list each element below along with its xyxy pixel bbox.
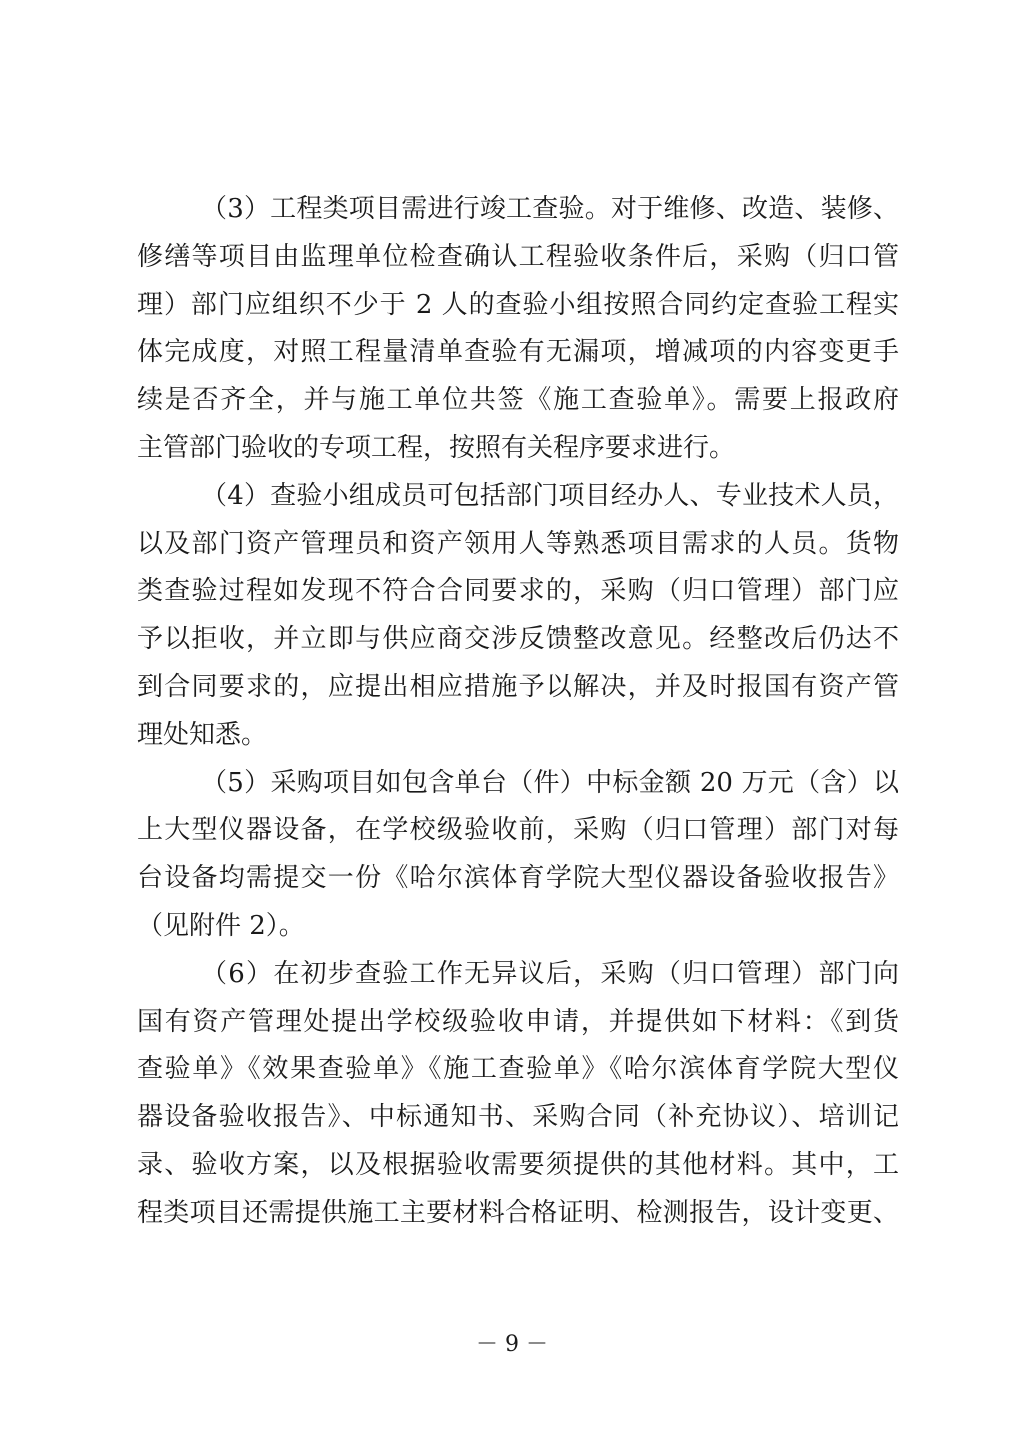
text-line: 国有资产管理处提出学校级验收申请，并提供如下材料：《到货 <box>137 999 899 1047</box>
text-line: 器设备验收报告》、中标通知书、采购合同（补充协议）、培训记 <box>137 1094 899 1142</box>
text-line: 上大型仪器设备，在学校级验收前，采购（归口管理）部门对每 <box>137 807 899 855</box>
text-line: 到合同要求的，应提出相应措施予以解决，并及时报国有资产管 <box>137 664 899 712</box>
document-page: （3）工程类项目需进行竣工查验。对于维修、改造、装修、 修缮等项目由监理单位检查… <box>0 0 1024 1448</box>
text-line: （4）查验小组成员可包括部门项目经办人、专业技术人员， <box>137 473 899 521</box>
text-line: 查验单》《效果查验单》《施工查验单》《哈尔滨体育学院大型仪 <box>137 1046 899 1094</box>
paragraph-item-6: （6）在初步查验工作无异议后，采购（归口管理）部门向 国有资产管理处提出学校级验… <box>137 951 899 1238</box>
text-line: （3）工程类项目需进行竣工查验。对于维修、改造、装修、 <box>137 186 899 234</box>
text-line: 台设备均需提交一份《哈尔滨体育学院大型仪器设备验收报告》 <box>137 855 899 903</box>
text-line: 续是否齐全，并与施工单位共签《施工查验单》。需要上报政府 <box>137 377 899 425</box>
text-line: 体完成度，对照工程量清单查验有无漏项，增减项的内容变更手 <box>137 329 899 377</box>
text-line: 予以拒收，并立即与供应商交涉反馈整改意见。经整改后仍达不 <box>137 616 899 664</box>
paragraph-item-3: （3）工程类项目需进行竣工查验。对于维修、改造、装修、 修缮等项目由监理单位检查… <box>137 186 899 473</box>
text-line: （6）在初步查验工作无异议后，采购（归口管理）部门向 <box>137 951 899 999</box>
text-line: 以及部门资产管理员和资产领用人等熟悉项目需求的人员。货物 <box>137 521 899 569</box>
text-line: （5）采购项目如包含单台（件）中标金额 20 万元（含）以 <box>137 760 899 808</box>
text-line: 理处知悉。 <box>137 712 899 760</box>
page-number: － 9 － <box>0 1330 1024 1360</box>
paragraph-item-5: （5）采购项目如包含单台（件）中标金额 20 万元（含）以 上大型仪器设备，在学… <box>137 760 899 951</box>
paragraph-item-4: （4）查验小组成员可包括部门项目经办人、专业技术人员， 以及部门资产管理员和资产… <box>137 473 899 760</box>
text-line: 主管部门验收的专项工程，按照有关程序要求进行。 <box>137 425 899 473</box>
document-body: （3）工程类项目需进行竣工查验。对于维修、改造、装修、 修缮等项目由监理单位检查… <box>137 186 899 1238</box>
text-line: （见附件 2）。 <box>137 903 899 951</box>
text-line: 程类项目还需提供施工主要材料合格证明、检测报告，设计变更、 <box>137 1190 899 1238</box>
text-line: 类查验过程如发现不符合合同要求的，采购（归口管理）部门应 <box>137 568 899 616</box>
text-line: 录、验收方案，以及根据验收需要须提供的其他材料。其中，工 <box>137 1142 899 1190</box>
text-line: 理）部门应组织不少于 2 人的查验小组按照合同约定查验工程实 <box>137 282 899 330</box>
text-line: 修缮等项目由监理单位检查确认工程验收条件后，采购（归口管 <box>137 234 899 282</box>
